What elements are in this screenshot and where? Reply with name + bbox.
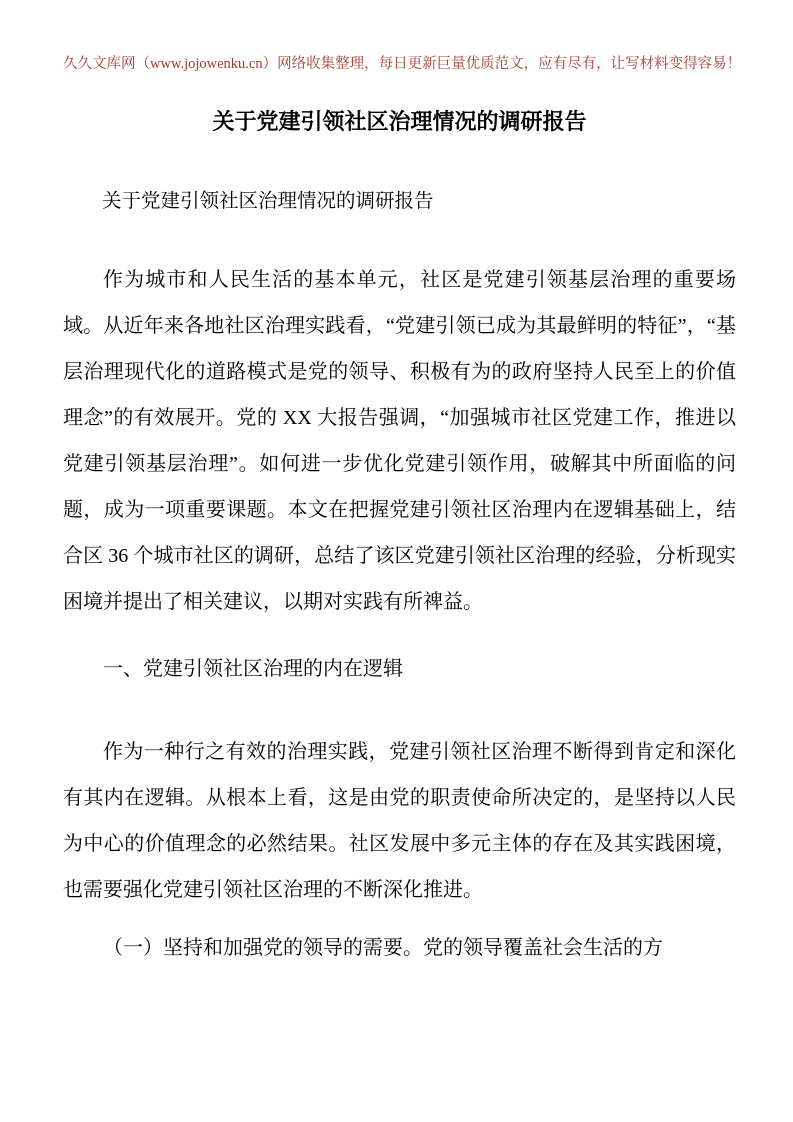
site-banner-text: 久久文库网（www.jojowenku.cn）网络收集整理，每日更新巨量优质范文… <box>63 54 736 75</box>
paragraph-introduction: 作为城市和人民生活的基本单元，社区是党建引领基层治理的重要场域。从近年来各地社区… <box>63 257 736 625</box>
section-heading-1: 一、党建引领社区治理的内在逻辑 <box>63 655 736 683</box>
document-title: 关于党建引领社区治理情况的调研报告 <box>63 107 736 137</box>
paragraph-internal-logic: 作为一种行之有效的治理实践，党建引领社区治理不断得到肯定和深化有其内在逻辑。从根… <box>63 729 736 913</box>
paragraph-subsection-one: （一）坚持和加强党的领导的需要。党的领导覆盖社会生活的方 <box>63 925 736 971</box>
document-subtitle: 关于党建引领社区治理情况的调研报告 <box>63 189 736 215</box>
document-page: 久久文库网（www.jojowenku.cn）网络收集整理，每日更新巨量优质范文… <box>0 0 793 1122</box>
